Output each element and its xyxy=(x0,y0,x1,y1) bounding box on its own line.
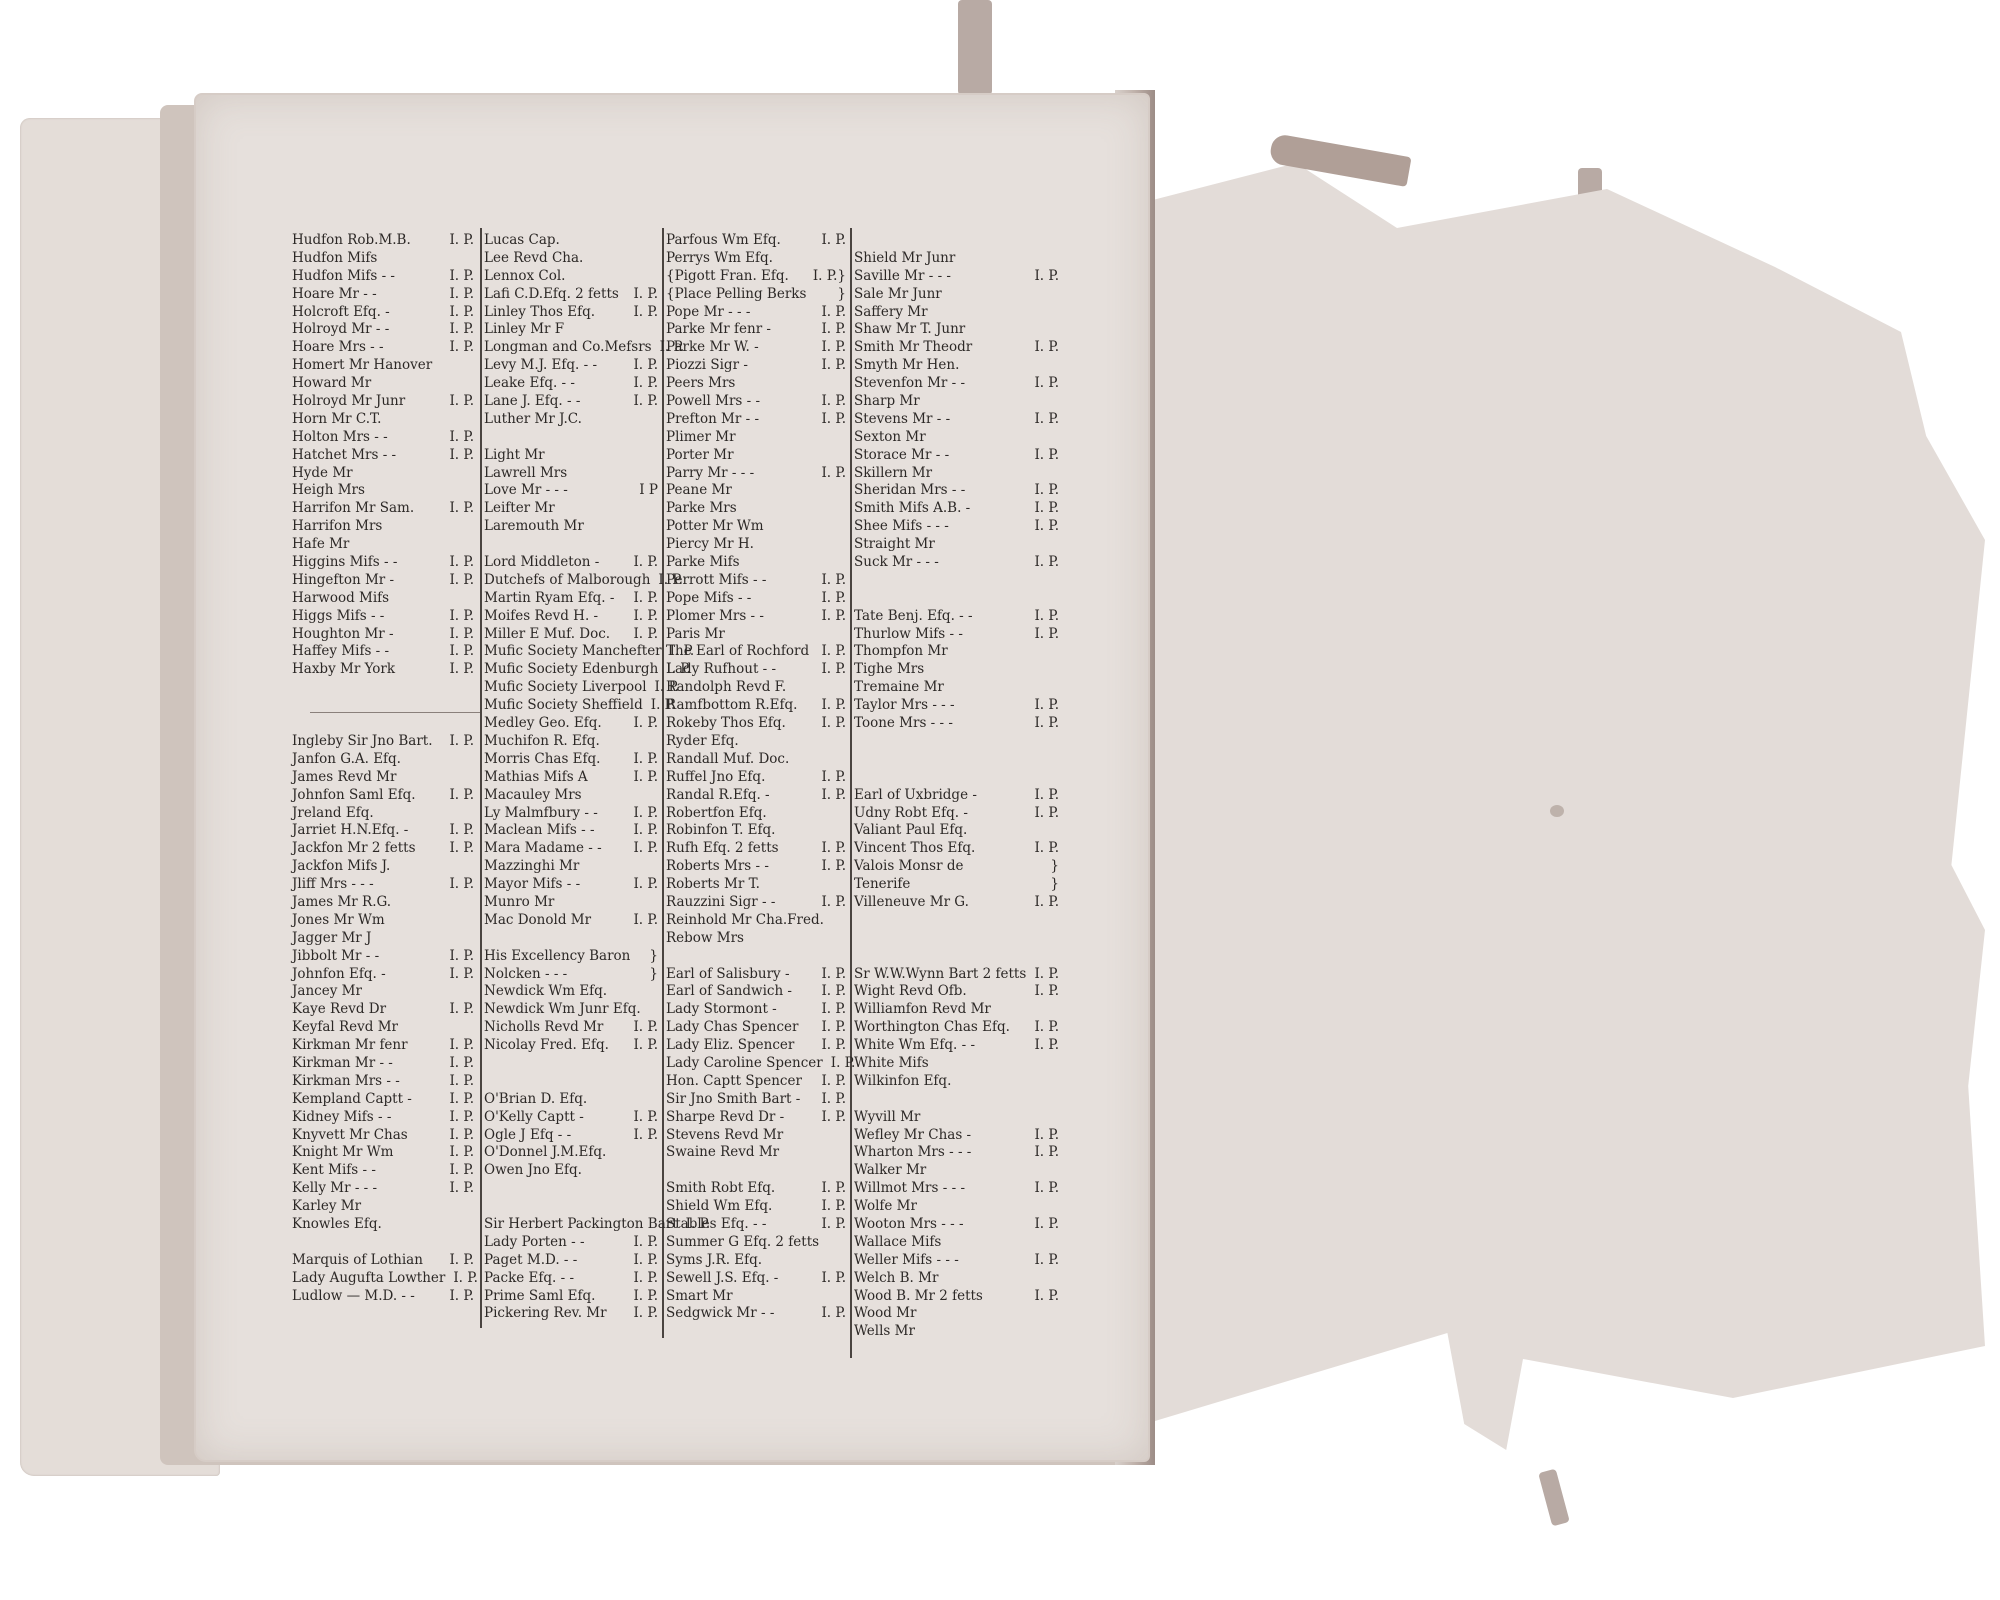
subscriber-entry: Sheridan Mrs - -I. P. xyxy=(854,482,1059,500)
ip-marker: I. P. xyxy=(821,1001,846,1019)
blank-row xyxy=(854,751,1059,769)
subscriber-name: Storace Mr - - xyxy=(854,447,949,465)
subscriber-entry: Mufic Society EdenburghI. P. xyxy=(484,661,658,679)
subscriber-entry: Stevenfon Mr - -I. P. xyxy=(854,375,1059,393)
subscriber-entry: Tate Benj. Efq. - -I. P. xyxy=(854,608,1059,626)
ip-marker: } xyxy=(1050,858,1059,876)
ip-marker: I. P. xyxy=(1034,983,1059,1001)
subscriber-entry: Jarriet H.N.Efq. -I. P. xyxy=(292,822,474,840)
ip-marker: I. P. xyxy=(1034,715,1059,733)
subscriber-name: Jibbolt Mr - - xyxy=(292,948,379,966)
blank-row xyxy=(854,590,1059,608)
subscriber-entry: Weller Mifs - - -I. P. xyxy=(854,1252,1059,1270)
subscriber-name: Wolfe Mr xyxy=(854,1198,917,1216)
subscriber-entry: Knight Mr WmI. P. xyxy=(292,1144,474,1162)
ip-marker: I. P. xyxy=(633,1305,658,1323)
subscriber-name: Paris Mr xyxy=(666,626,725,644)
ip-marker: I. P. xyxy=(821,858,846,876)
subscriber-entry: {Place Pelling Berks} xyxy=(666,286,846,304)
subscriber-name: Stables Efq. - - xyxy=(666,1216,766,1234)
subscriber-entry: Maclean Mifs - -I. P. xyxy=(484,822,658,840)
subscriber-name: Mayor Mifs - - xyxy=(484,876,580,894)
ip-marker: I. P. xyxy=(821,608,846,626)
subscriber-name: Prefton Mr - - xyxy=(666,411,759,429)
ip-marker: I. P. xyxy=(1034,1127,1059,1145)
subscriber-entry: Roberts Mr T. xyxy=(666,876,846,894)
subscriber-entry: Parke Mrs xyxy=(666,500,846,518)
subscriber-name: Ogle J Efq - - xyxy=(484,1127,571,1145)
subscriber-entry: Roberts Mrs - -I. P. xyxy=(666,858,846,876)
subscriber-name: Mufic Society Manchefter xyxy=(484,643,662,661)
ip-marker: I. P. xyxy=(449,268,474,286)
blank-row xyxy=(484,1055,658,1073)
subscriber-name: Rufh Efq. 2 fetts xyxy=(666,840,779,858)
subscriber-entry: Pope Mr - - -I. P. xyxy=(666,304,846,322)
subscriber-name: Karley Mr xyxy=(292,1198,361,1216)
subscriber-name: Haffey Mifs - - xyxy=(292,643,389,661)
subscriber-name: {Place Pelling Berks xyxy=(666,286,806,304)
subscriber-entry: Longman and Co.MefsrsI. P. xyxy=(484,339,658,357)
subscriber-entry: Morris Chas Efq.I. P. xyxy=(484,751,658,769)
subscriber-name: Lady Caroline Spencer xyxy=(666,1055,823,1073)
blank-row xyxy=(484,1180,658,1198)
ip-marker: I. P. xyxy=(449,429,474,447)
ip-marker: I. P. xyxy=(633,554,658,572)
subscriber-name: Pope Mifs - - xyxy=(666,590,751,608)
ip-marker: I. P. xyxy=(449,339,474,357)
subscriber-entry: Sewell J.S. Efq. -I. P. xyxy=(666,1270,846,1288)
ip-marker: I. P. xyxy=(449,1180,474,1198)
subscriber-name: Light Mr xyxy=(484,447,545,465)
subscriber-entry: Lady Rufhout - -I. P. xyxy=(666,661,846,679)
subscriber-name: Robinfon T. Efq. xyxy=(666,822,775,840)
subscriber-name: Pickering Rev. Mr xyxy=(484,1305,607,1323)
subscriber-name: Mufic Society Liverpool xyxy=(484,679,647,697)
subscriber-entry: Willmot Mrs - - -I. P. xyxy=(854,1180,1059,1198)
subscriber-name: Kent Mifs - - xyxy=(292,1162,376,1180)
ip-marker: I. P. xyxy=(633,393,658,411)
subscriber-entry: Ogle J Efq - -I. P. xyxy=(484,1127,658,1145)
ip-marker: I. P. xyxy=(821,1109,846,1127)
subscriber-entry: Lee Revd Cha. xyxy=(484,250,658,268)
subscriber-entry: Swaine Revd Mr xyxy=(666,1144,846,1162)
subscriber-name: Linley Mr F xyxy=(484,321,564,339)
subscriber-entry: Linley Thos Efq.I. P. xyxy=(484,304,658,322)
subscriber-entry: Howard Mr xyxy=(292,375,474,393)
ip-marker: I. P. xyxy=(1034,411,1059,429)
subscriber-name: Jarriet H.N.Efq. - xyxy=(292,822,408,840)
subscriber-name: Munro Mr xyxy=(484,894,554,912)
subscriber-entry: Prefton Mr - -I. P. xyxy=(666,411,846,429)
ip-marker: I. P. xyxy=(633,822,658,840)
subscriber-entry: Lord Middleton -I. P. xyxy=(484,554,658,572)
ip-marker: I. P. xyxy=(633,608,658,626)
ip-marker: I. P. xyxy=(1034,1252,1059,1270)
subscriber-entry: Piercy Mr H. xyxy=(666,536,846,554)
subscriber-entry: Sir Herbert Packington BartI. P. xyxy=(484,1216,658,1234)
blank-row xyxy=(484,930,658,948)
subscriber-name: Wharton Mrs - - - xyxy=(854,1144,971,1162)
ip-marker: I. P. xyxy=(821,465,846,483)
subscriber-name: Porter Mr xyxy=(666,447,734,465)
subscriber-entry: Kelly Mr - - -I. P. xyxy=(292,1180,474,1198)
subscriber-entry: Welch B. Mr xyxy=(854,1270,1059,1288)
subscriber-entry: Williamfon Revd Mr xyxy=(854,1001,1059,1019)
subscriber-entry: Randolph Revd F. xyxy=(666,679,846,697)
subscriber-entry: Earl of Salisbury -I. P. xyxy=(666,966,846,984)
subscriber-entry: Shield Mr Junr xyxy=(854,250,1059,268)
subscriber-name: Thompfon Mr xyxy=(854,643,948,661)
subscriber-entry: Lady Augufta LowtherI. P. xyxy=(292,1270,474,1288)
subscriber-name: Shaw Mr T. Junr xyxy=(854,321,965,339)
subscriber-name: Keyfal Revd Mr xyxy=(292,1019,398,1037)
subscriber-column-4: Shield Mr JunrSaville Mr - - -I. P.Sale … xyxy=(854,232,1059,1341)
subscriber-name: Syms J.R. Efq. xyxy=(666,1252,762,1270)
ip-marker: I. P. xyxy=(1034,554,1059,572)
ip-marker: } xyxy=(837,286,846,304)
subscriber-entry: Earl of Uxbridge -I. P. xyxy=(854,787,1059,805)
blank-row xyxy=(666,948,846,966)
subscriber-name: Holroyd Mr - - xyxy=(292,321,389,339)
ip-marker: I. P. xyxy=(821,894,846,912)
subscriber-entry: Lawrell Mrs xyxy=(484,465,658,483)
ip-marker: I. P. xyxy=(449,1127,474,1145)
ip-marker: I. P. xyxy=(821,1180,846,1198)
subscriber-name: Hudfon Mifs xyxy=(292,250,377,268)
subscriber-name: Summer G Efq. 2 fetts xyxy=(666,1234,819,1252)
subscriber-entry: Parry Mr - - -I. P. xyxy=(666,465,846,483)
ip-marker: I. P. xyxy=(821,1073,846,1091)
subscriber-entry: Higgins Mifs - -I. P. xyxy=(292,554,474,572)
subscriber-entry: Harrifon Mr Sam.I. P. xyxy=(292,500,474,518)
subscriber-entry: Newdick Wm Efq. xyxy=(484,983,658,1001)
ip-marker: I. P. xyxy=(453,1270,478,1288)
subscriber-entry: Sexton Mr xyxy=(854,429,1059,447)
subscriber-entry: Levy M.J. Efq. - -I. P. xyxy=(484,357,658,375)
subscriber-entry: Wight Revd Ofb.I. P. xyxy=(854,983,1059,1001)
subscriber-entry: Hudfon Mifs - -I. P. xyxy=(292,268,474,286)
subscriber-name: Kirkman Mr fenr xyxy=(292,1037,408,1055)
subscriber-name: Newdick Wm Efq. xyxy=(484,983,607,1001)
subscriber-name: Wallace Mifs xyxy=(854,1234,941,1252)
subscriber-name: {Pigott Fran. Efq. xyxy=(666,268,789,286)
subscriber-name: Sr W.W.Wynn Bart 2 fetts xyxy=(854,966,1026,984)
subscriber-entry: Tenerife} xyxy=(854,876,1059,894)
ip-marker: } xyxy=(649,948,658,966)
ip-marker: I. P. xyxy=(449,1144,474,1162)
subscriber-entry: Taylor Mrs - - -I. P. xyxy=(854,697,1059,715)
subscriber-entry: Nolcken - - -} xyxy=(484,966,658,984)
ip-marker: I. P. xyxy=(633,1288,658,1306)
subscriber-entry: Sir Jno Smith Bart -I. P. xyxy=(666,1091,846,1109)
subscriber-entry: Suck Mr - - -I. P. xyxy=(854,554,1059,572)
subscriber-name: Holroyd Mr Junr xyxy=(292,393,405,411)
subscriber-entry: Knyvett Mr ChasI. P. xyxy=(292,1127,474,1145)
subscriber-entry: Leake Efq. - -I. P. xyxy=(484,375,658,393)
subscriber-name: Janfon G.A. Efq. xyxy=(292,751,401,769)
ip-marker: I. P. xyxy=(821,643,846,661)
ip-marker: I. P. xyxy=(821,840,846,858)
subscriber-name: Holton Mrs - - xyxy=(292,429,388,447)
subscriber-entry: Jackfon Mr 2 fettsI. P. xyxy=(292,840,474,858)
subscriber-entry: Ingleby Sir Jno Bart.I. P. xyxy=(292,733,474,751)
subscriber-entry: Peane Mr xyxy=(666,482,846,500)
ip-marker: I. P. xyxy=(449,447,474,465)
subscriber-entry: Summer G Efq. 2 fetts xyxy=(666,1234,846,1252)
subscriber-entry: Kaye Revd DrI. P. xyxy=(292,1001,474,1019)
blank-row xyxy=(854,948,1059,966)
subscriber-name: Hatchet Mrs - - xyxy=(292,447,396,465)
subscriber-entry: Storace Mr - -I. P. xyxy=(854,447,1059,465)
subscriber-entry: Heigh Mrs xyxy=(292,482,474,500)
subscriber-name: Parfous Wm Efq. xyxy=(666,232,781,250)
subscriber-entry: Straight Mr xyxy=(854,536,1059,554)
subscriber-entry: Packe Efq. - -I. P. xyxy=(484,1270,658,1288)
subscriber-column-3: Parfous Wm Efq.I. P.Perrys Wm Efq.{Pigot… xyxy=(666,232,846,1323)
subscriber-name: Morris Chas Efq. xyxy=(484,751,600,769)
subscriber-name: Kirkman Mr - - xyxy=(292,1055,393,1073)
ip-marker: I. P. xyxy=(821,1091,846,1109)
subscriber-entry: Prime Saml Efq.I. P. xyxy=(484,1288,658,1306)
subscriber-name: Lady Porten - - xyxy=(484,1234,585,1252)
ip-marker: I. P. xyxy=(449,733,474,751)
subscriber-name: Wooton Mrs - - - xyxy=(854,1216,964,1234)
subscriber-entry: Mufic Society LiverpoolI. P. xyxy=(484,679,658,697)
subscriber-name: Linley Thos Efq. xyxy=(484,304,595,322)
subscriber-entry: Randall Muf. Doc. xyxy=(666,751,846,769)
subscriber-name: Howard Mr xyxy=(292,375,371,393)
subscriber-entry: Wood B. Mr 2 fettsI. P. xyxy=(854,1288,1059,1306)
subscriber-entry: Haffey Mifs - -I. P. xyxy=(292,643,474,661)
subscriber-name: Udny Robt Efq. - xyxy=(854,805,968,823)
subscriber-entry: Lady Caroline SpencerI. P. xyxy=(666,1055,846,1073)
subscriber-name: Sale Mr Junr xyxy=(854,286,942,304)
subscriber-entry: James Mr R.G. xyxy=(292,894,474,912)
subscriber-entry: Plomer Mrs - -I. P. xyxy=(666,608,846,626)
ip-marker: I. P. xyxy=(449,626,474,644)
ip-marker: I. P. xyxy=(633,1019,658,1037)
ip-marker: I. P. xyxy=(449,1055,474,1073)
subscriber-entry: Holton Mrs - -I. P. xyxy=(292,429,474,447)
ip-marker: I. P. xyxy=(633,769,658,787)
ip-marker: I. P. xyxy=(821,1216,846,1234)
subscriber-name: Willmot Mrs - - - xyxy=(854,1180,965,1198)
subscriber-name: Ingleby Sir Jno Bart. xyxy=(292,733,433,751)
subscriber-entry: Homert Mr Hanover xyxy=(292,357,474,375)
subscriber-name: Stevens Revd Mr xyxy=(666,1127,783,1145)
subscriber-entry: Macauley Mrs xyxy=(484,787,658,805)
subscriber-entry: Plimer Mr xyxy=(666,429,846,447)
subscriber-entry: Jackfon Mifs J. xyxy=(292,858,474,876)
subscriber-name: Luther Mr J.C. xyxy=(484,411,582,429)
ip-marker: I. P. xyxy=(633,1109,658,1127)
subscriber-name: Jancey Mr xyxy=(292,983,362,1001)
subscriber-name: Jackfon Mr 2 fetts xyxy=(292,840,416,858)
subscriber-entry: Parke Mr fenr -I. P. xyxy=(666,321,846,339)
subscriber-name: Vincent Thos Efq. xyxy=(854,840,975,858)
ip-marker: I. P. xyxy=(1034,697,1059,715)
subscriber-entry: Skillern Mr xyxy=(854,465,1059,483)
ip-marker: I. P. xyxy=(633,876,658,894)
ip-marker: I. P. xyxy=(449,1037,474,1055)
subscriber-entry: Tighe Mrs xyxy=(854,661,1059,679)
subscriber-entry: Knowles Efq. xyxy=(292,1216,474,1234)
subscriber-name: Houghton Mr - xyxy=(292,626,394,644)
subscriber-name: Sharpe Revd Dr - xyxy=(666,1109,784,1127)
subscriber-name: Randall Muf. Doc. xyxy=(666,751,789,769)
subscriber-entry: Reinhold Mr Cha.Fred. xyxy=(666,912,846,930)
subscriber-name: Mac Donold Mr xyxy=(484,912,591,930)
ip-marker: I. P. xyxy=(821,769,846,787)
blank-row xyxy=(854,1091,1059,1109)
column-rule-3 xyxy=(850,228,852,1358)
ip-marker: I. P. xyxy=(449,1073,474,1091)
subscriber-entry: Wooton Mrs - - -I. P. xyxy=(854,1216,1059,1234)
blank-row xyxy=(854,733,1059,751)
subscriber-name: Ludlow — M.D. - - xyxy=(292,1288,415,1306)
ip-marker: I. P. xyxy=(821,339,846,357)
subscriber-name: Higgs Mifs - - xyxy=(292,608,384,626)
subscriber-name: Marquis of Lothian xyxy=(292,1252,423,1270)
subscriber-entry: O'Kelly Captt -I. P. xyxy=(484,1109,658,1127)
subscriber-name: Lady Rufhout - - xyxy=(666,661,776,679)
subscriber-name: Peers Mrs xyxy=(666,375,735,393)
subscriber-name: Hingefton Mr - xyxy=(292,572,394,590)
subscriber-name: Valois Monsr de xyxy=(854,858,964,876)
subscriber-entry: Stevens Revd Mr xyxy=(666,1127,846,1145)
subscriber-name: His Excellency Baron xyxy=(484,948,630,966)
blank-row xyxy=(484,1198,658,1216)
subscriber-name: Sharp Mr xyxy=(854,393,920,411)
subscriber-name: Wyvill Mr xyxy=(854,1109,920,1127)
ip-marker: I. P. xyxy=(633,286,658,304)
subscriber-entry: Udny Robt Efq. -I. P. xyxy=(854,805,1059,823)
subscriber-name: Wefley Mr Chas - xyxy=(854,1127,971,1145)
subscriber-name: Smyth Mr Hen. xyxy=(854,357,959,375)
subscriber-name: Villeneuve Mr G. xyxy=(854,894,969,912)
subscriber-column-1: Hudfon Rob.M.B.I. P.Hudfon MifsHudfon Mi… xyxy=(292,232,474,1305)
subscriber-entry: Sale Mr Junr xyxy=(854,286,1059,304)
subscriber-entry: Wells Mr xyxy=(854,1323,1059,1341)
subscriber-name: Thurlow Mifs - - xyxy=(854,626,963,644)
subscriber-name: Roberts Mrs - - xyxy=(666,858,769,876)
subscriber-entry: Kirkman Mr - -I. P. xyxy=(292,1055,474,1073)
subscriber-entry: Mayor Mifs - -I. P. xyxy=(484,876,658,894)
subscriber-name: Lady Stormont - xyxy=(666,1001,777,1019)
subscriber-name: Ramfbottom R.Efq. xyxy=(666,697,797,715)
subscriber-name: Ruffel Jno Efq. xyxy=(666,769,765,787)
subscriber-entry: Sharp Mr xyxy=(854,393,1059,411)
subscriber-entry: Leifter Mr xyxy=(484,500,658,518)
subscriber-name: Shield Wm Efq. xyxy=(666,1198,772,1216)
subscriber-name: Harrifon Mr Sam. xyxy=(292,500,414,518)
ip-marker: I. P. xyxy=(1034,482,1059,500)
subscriber-name: Mufic Society Edenburgh xyxy=(484,661,658,679)
subscriber-name: Plomer Mrs - - xyxy=(666,608,764,626)
subscriber-name: The Earl of Rochford xyxy=(666,643,809,661)
ip-marker: I. P. xyxy=(449,500,474,518)
subscriber-name: Hafe Mr xyxy=(292,536,349,554)
ip-marker: I. P. xyxy=(633,1234,658,1252)
ip-marker: I. P. xyxy=(821,697,846,715)
ip-marker: I. P. xyxy=(449,661,474,679)
ip-marker: I. P. xyxy=(821,572,846,590)
subscriber-entry: Hudfon Rob.M.B.I. P. xyxy=(292,232,474,250)
ip-marker: I. P. xyxy=(449,321,474,339)
ip-marker: I. P. xyxy=(1034,805,1059,823)
subscriber-entry: The Earl of RochfordI. P. xyxy=(666,643,846,661)
subscriber-name: Hyde Mr xyxy=(292,465,353,483)
subscriber-entry: O'Brian D. Efq. xyxy=(484,1091,658,1109)
subscriber-entry: Lane J. Efq. - -I. P. xyxy=(484,393,658,411)
subscriber-name: Knowles Efq. xyxy=(292,1216,382,1234)
subscriber-entry: Paris Mr xyxy=(666,626,846,644)
subscriber-entry: Ludlow — M.D. - -I. P. xyxy=(292,1288,474,1306)
blank-row xyxy=(666,1162,846,1180)
subscriber-name: Saville Mr - - - xyxy=(854,268,951,286)
blank-row xyxy=(484,429,658,447)
ip-marker: I. P. xyxy=(449,840,474,858)
subscriber-name: Medley Geo. Efq. xyxy=(484,715,602,733)
subscriber-name: Hudfon Mifs - - xyxy=(292,268,395,286)
ip-marker: I. P. xyxy=(449,1162,474,1180)
subscriber-name: Lady Eliz. Spencer xyxy=(666,1037,794,1055)
subscriber-name: O'Brian D. Efq. xyxy=(484,1091,587,1109)
subscriber-name: Powell Mrs - - xyxy=(666,393,760,411)
subscriber-entry: Perrys Wm Efq. xyxy=(666,250,846,268)
subscriber-name: Wilkinfon Efq. xyxy=(854,1073,951,1091)
subscriber-name: Earl of Sandwich - xyxy=(666,983,792,1001)
subscriber-entry: Owen Jno Efq. xyxy=(484,1162,658,1180)
subscriber-entry: Love Mr - - -I P xyxy=(484,482,658,500)
subscriber-entry: Lady Stormont -I. P. xyxy=(666,1001,846,1019)
subscriber-entry: Lady Chas SpencerI. P. xyxy=(666,1019,846,1037)
column-rule-2 xyxy=(662,228,664,1338)
ip-marker: I. P. xyxy=(1034,1288,1059,1306)
subscriber-name: Mazzinghi Mr xyxy=(484,858,579,876)
ip-marker: I. P. xyxy=(633,805,658,823)
subscriber-entry: Kidney Mifs - -I. P. xyxy=(292,1109,474,1127)
subscriber-entry: Houghton Mr -I. P. xyxy=(292,626,474,644)
subscriber-name: Rauzzini Sigr - - xyxy=(666,894,775,912)
subscriber-entry: Powell Mrs - -I. P. xyxy=(666,393,846,411)
ip-marker: I. P. xyxy=(821,1198,846,1216)
subscriber-name: Robertfon Efq. xyxy=(666,805,767,823)
ip-marker: I. P. xyxy=(449,286,474,304)
subscriber-name: Parke Mrs xyxy=(666,500,737,518)
subscriber-entry: Muchifon R. Efq. xyxy=(484,733,658,751)
subscriber-name: Perrys Wm Efq. xyxy=(666,250,773,268)
subscriber-name: Nicholls Revd Mr xyxy=(484,1019,603,1037)
subscriber-entry: Wefley Mr Chas -I. P. xyxy=(854,1127,1059,1145)
ip-marker: I. P. xyxy=(1034,1037,1059,1055)
subscriber-entry: Walker Mr xyxy=(854,1162,1059,1180)
ip-marker: I. P. xyxy=(1034,375,1059,393)
blank-row xyxy=(484,1073,658,1091)
subscriber-entry: Medley Geo. Efq.I. P. xyxy=(484,715,658,733)
subscriber-entry: Marquis of LothianI. P. xyxy=(292,1252,474,1270)
subscriber-name: Wight Revd Ofb. xyxy=(854,983,967,1001)
subscriber-entry: Holcroft Efq. -I. P. xyxy=(292,304,474,322)
subscriber-name: Lucas Cap. xyxy=(484,232,560,250)
subscriber-entry: Wallace Mifs xyxy=(854,1234,1059,1252)
subscriber-name: O'Donnel J.M.Efq. xyxy=(484,1144,606,1162)
ip-marker: I. P. xyxy=(821,321,846,339)
subscriber-name: Stevenfon Mr - - xyxy=(854,375,965,393)
ip-marker: I. P. xyxy=(449,876,474,894)
subscriber-name: Lennox Col. xyxy=(484,268,565,286)
ip-marker: I. P. xyxy=(633,715,658,733)
